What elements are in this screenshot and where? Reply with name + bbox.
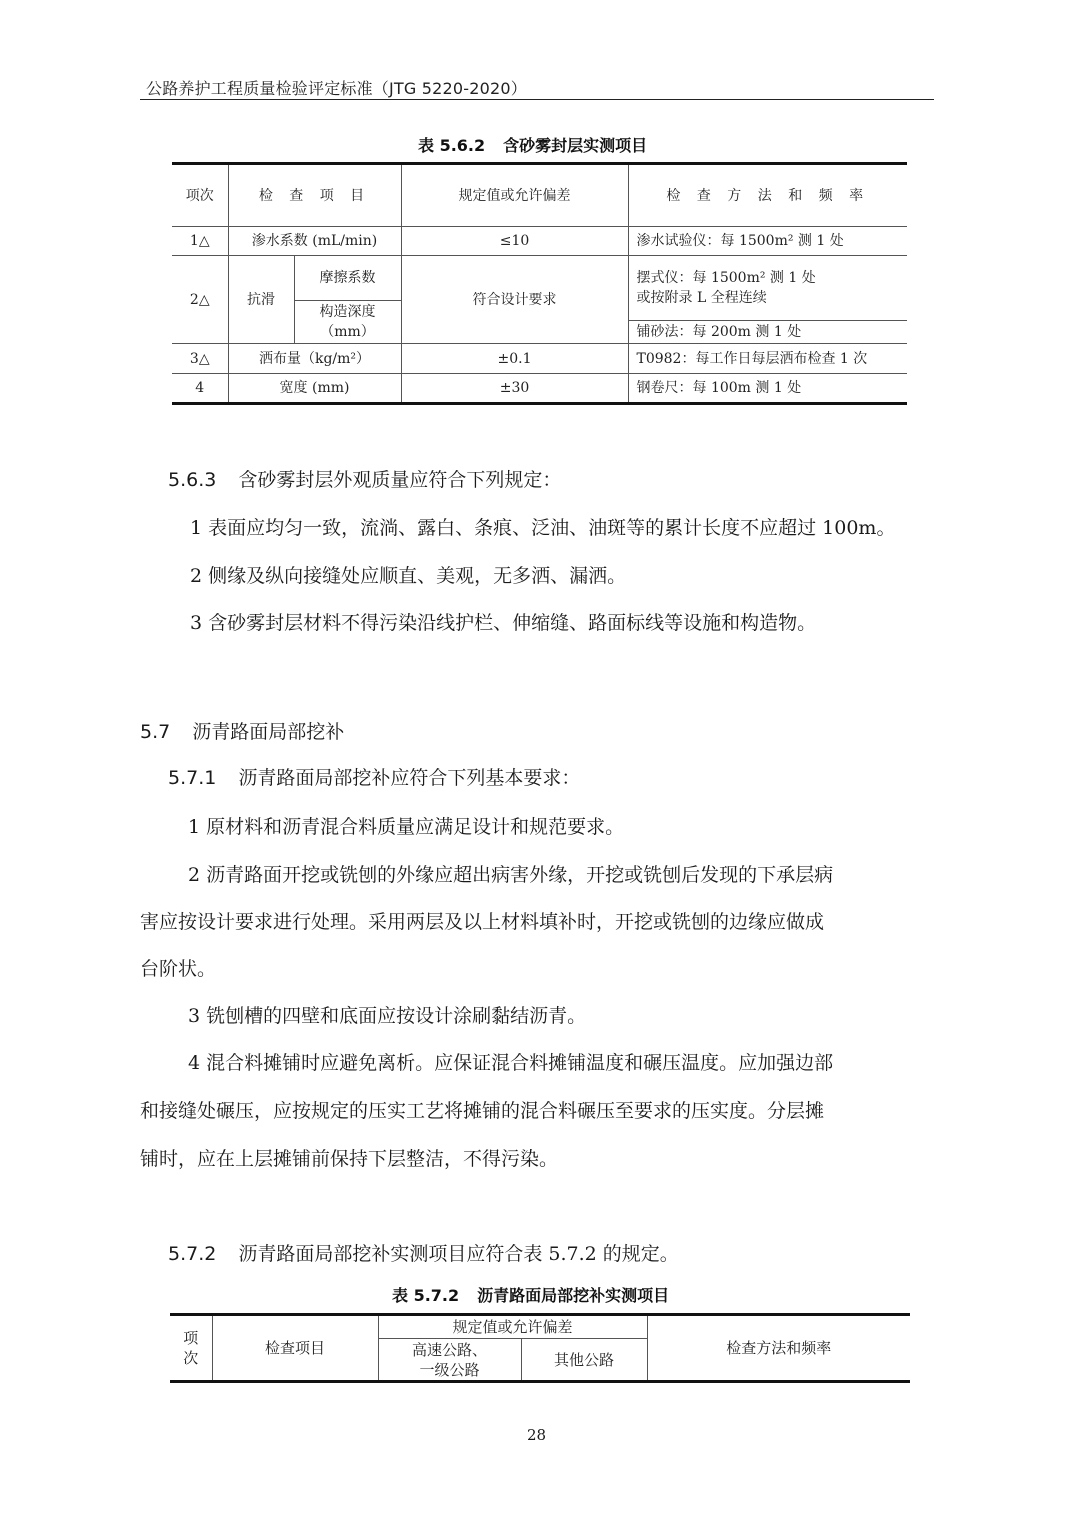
clause-5-7-2-heading: 5.7.2沥青路面局部挖补实测项目应符合表 5.7.2 的规定。 [168,1239,679,1266]
clause-line: 4 混合料摊铺时应避免离析。应保证混合料摊铺温度和碾压温度。应加强边部 [188,1048,833,1075]
clause-item: 1 表面应均匀一致，流淌、露白、条痕、泛油、油斑等的累计长度不应超过 100m。 [190,513,895,540]
header-highway-line: 高速公路、 [383,1340,517,1360]
table-header-row: 项 次 检查项目 规定值或允许偏差 检查方法和频率 [170,1315,910,1339]
clause-5-7-1-heading: 5.7.1沥青路面局部挖补应符合下列基本要求： [168,763,580,790]
row-value: ≤10 [401,227,628,256]
table-caption-number: 表 5.6.2 [418,136,485,155]
table-caption: 表 5.7.2沥青路面局部挖补实测项目 [392,1283,669,1306]
clause-title: 沥青路面局部挖补实测项目应符合表 5.7.2 的规定。 [238,1243,678,1265]
clause-line: 台阶状。 [140,954,216,981]
clause-title: 含砂雾封层外观质量应符合下列规定： [238,469,561,491]
row-value: ±0.1 [401,344,628,374]
row-no: 3△ [172,344,228,374]
row-no: 4 [172,374,228,404]
clause-line: 铺时，应在上层摊铺前保持下层整洁，不得污染。 [140,1144,558,1171]
row-subitem-friction: 摩擦系数 [294,256,401,301]
table-header-row: 项次 检 查 项 目 规定值或允许偏差 检 查 方 法 和 频 率 [172,164,907,227]
header-no: 项次 [172,164,228,227]
clause-line: 和接缝处碾压，应按规定的压实工艺将摊铺的混合料碾压至要求的压实度。分层摊 [140,1096,824,1123]
row-no: 2△ [172,256,228,344]
row-no: 1△ [172,227,228,256]
header-rule [140,99,934,100]
row-item: 洒布量（kg/m²） [228,344,401,374]
table-row: 3△ 洒布量（kg/m²） ±0.1 T0982：每工作日每层洒布检查 1 次 [172,344,907,374]
row-subitem-texture: 构造深度（mm） [294,301,401,344]
table-5-6-2: 项次 检 查 项 目 规定值或允许偏差 检 查 方 法 和 频 率 1△ 渗水系… [172,162,907,405]
clause-line: 1 原材料和沥青混合料质量应满足设计和规范要求。 [188,812,624,839]
clause-title: 沥青路面局部挖补应符合下列基本要求： [238,767,580,789]
table-5-7-2: 项 次 检查项目 规定值或允许偏差 检查方法和频率 高速公路、 一级公路 其他公… [170,1313,910,1383]
running-header: 公路养护工程质量检验评定标准（JTG 5220-2020） [146,76,527,99]
row-value: ±30 [401,374,628,404]
header-method: 检 查 方 法 和 频 率 [628,164,907,227]
header-value: 规定值或允许偏差 [378,1315,647,1339]
clause-5-6-3-heading: 5.6.3含砂雾封层外观质量应符合下列规定： [168,465,561,492]
clause-line: 3 铣刨槽的四壁和底面应按设计涂刷黏结沥青。 [188,1001,586,1028]
header-highway-line: 一级公路 [383,1360,517,1380]
header-no: 项 次 [170,1315,212,1382]
clause-line: 2 沥青路面开挖或铣刨的外缘应超出病害外缘，开挖或铣刨后发现的下承层病 [188,860,833,887]
clause-number: 5.7.2 [168,1243,216,1265]
section-5-7-heading: 5.7沥青路面局部挖补 [140,717,344,744]
table-caption-title: 沥青路面局部挖补实测项目 [477,1286,669,1305]
row-item: 渗水系数 (mL/min) [228,227,401,256]
row-method: 渗水试验仪：每 1500m² 测 1 处 [628,227,907,256]
row-method-sand: 铺砂法：每 200m 测 1 处 [628,321,907,344]
header-item: 检查项目 [212,1315,378,1382]
row-method-pendulum: 摆式仪：每 1500m² 测 1 处 或按附录 L 全程连续 [628,256,907,321]
header-value: 规定值或允许偏差 [401,164,628,227]
row-method: 钢卷尺：每 100m 测 1 处 [628,374,907,404]
header-highway: 高速公路、 一级公路 [378,1339,521,1382]
clause-item: 2 侧缘及纵向接缝处应顺直、美观，无多洒、漏洒。 [190,561,626,588]
row-item: 宽度 (mm) [228,374,401,404]
clause-line: 害应按设计要求进行处理。采用两层及以上材料填补时，开挖或铣刨的边缘应做成 [140,907,824,934]
header-other-roads: 其他公路 [521,1339,647,1382]
header-item: 检 查 项 目 [228,164,401,227]
section-title: 沥青路面局部挖补 [192,721,344,743]
header-method: 检查方法和频率 [647,1315,910,1382]
table-row: 2△ 抗滑 摩擦系数 符合设计要求 摆式仪：每 1500m² 测 1 处 或按附… [172,256,907,301]
clause-item: 3 含砂雾封层材料不得污染沿线护栏、伸缩缝、路面标线等设施和构造物。 [190,608,816,635]
header-no-line: 次 [174,1348,208,1368]
clause-number: 5.7.1 [168,767,216,789]
table-caption: 表 5.6.2含砂雾封层实测项目 [418,133,647,156]
header-no-line: 项 [174,1328,208,1348]
row-method: T0982：每工作日每层洒布检查 1 次 [628,344,907,374]
method-line: 或按附录 L 全程连续 [637,288,904,308]
section-number: 5.7 [140,721,170,743]
table-row: 4 宽度 (mm) ±30 钢卷尺：每 100m 测 1 处 [172,374,907,404]
row-value: 符合设计要求 [401,256,628,344]
row-item: 抗滑 [228,256,294,344]
table-caption-title: 含砂雾封层实测项目 [503,136,647,155]
page-number: 28 [527,1426,546,1444]
method-line: 摆式仪：每 1500m² 测 1 处 [637,268,904,288]
clause-number: 5.6.3 [168,469,216,491]
table-caption-number: 表 5.7.2 [392,1286,459,1305]
table-row: 1△ 渗水系数 (mL/min) ≤10 渗水试验仪：每 1500m² 测 1 … [172,227,907,256]
